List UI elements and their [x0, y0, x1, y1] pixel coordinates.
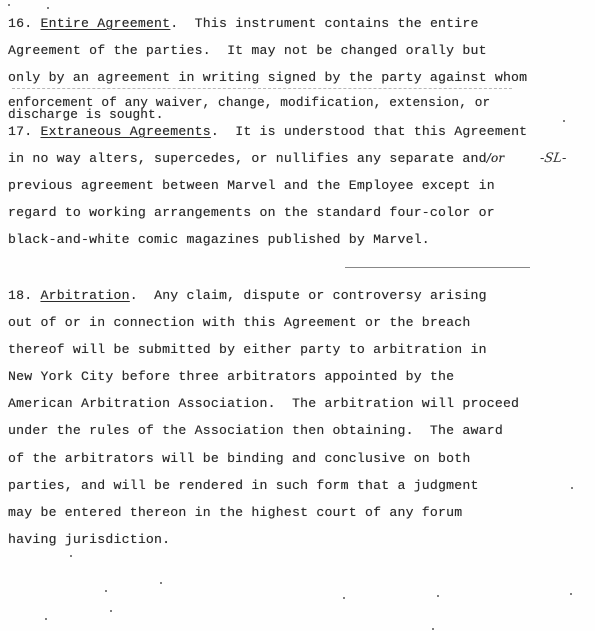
section-16-line-2: Agreement of the parties. It may not be …	[8, 43, 487, 58]
section-18-number: 18.	[8, 288, 32, 303]
scan-speck	[571, 487, 573, 489]
section-18-line-6: under the rules of the Association then …	[8, 423, 503, 438]
section-16-line-3: only by an agreement in writing signed b…	[8, 70, 527, 85]
section-18-line-9: may be entered thereon in the highest co…	[8, 505, 462, 520]
section-18-line-7: of the arbitrators will be binding and c…	[8, 451, 471, 466]
scan-speck	[105, 590, 107, 592]
section-18-line-3: thereof will be submitted by either part…	[8, 342, 487, 357]
scan-speck	[570, 593, 572, 595]
section-18-heading: Arbitration	[40, 288, 129, 303]
section-18-text-1: Any claim, dispute or controversy arisin…	[154, 288, 487, 303]
handwritten-rule	[345, 267, 530, 268]
scan-speck	[432, 628, 434, 630]
section-17-line-3: previous agreement between Marvel and th…	[8, 178, 495, 193]
section-16-heading: Entire Agreement	[40, 16, 170, 31]
heading-separator: .	[211, 124, 235, 139]
scan-speck	[110, 610, 112, 612]
section-18-line-5: American Arbitration Association. The ar…	[8, 396, 519, 411]
section-17-line-2: in no way alters, supercedes, or nullifi…	[8, 151, 504, 166]
scan-speck	[8, 4, 10, 6]
section-18-line-10: having jurisdiction.	[8, 532, 170, 547]
scan-speck	[70, 555, 72, 557]
section-16-line-1: 16. Entire Agreement. This instrument co…	[8, 16, 479, 31]
heading-separator: .	[170, 16, 194, 31]
margin-initials: -SL-	[539, 151, 567, 166]
section-18-line-4: New York City before three arbitrators a…	[8, 369, 454, 384]
scan-speck	[563, 120, 565, 122]
section-16-number: 16.	[8, 16, 32, 31]
section-17-text-2: in no way alters, supercedes, or nullifi…	[8, 151, 487, 166]
scan-speck	[437, 595, 439, 597]
section-17-number: 17.	[8, 124, 32, 139]
section-17-line-4: regard to working arrangements on the st…	[8, 205, 495, 220]
section-17-line-5: black-and-white comic magazines publishe…	[8, 232, 430, 247]
section-17-heading: Extraneous Agreements	[40, 124, 210, 139]
scan-artifact-dashes	[12, 88, 512, 89]
section-18-line-1: 18. Arbitration. Any claim, dispute or c…	[8, 288, 487, 303]
section-16-text-1: This instrument contains the entire	[195, 16, 479, 31]
scan-speck	[160, 582, 162, 584]
section-17-text-1: It is understood that this Agreement	[235, 124, 527, 139]
section-18-line-2: out of or in connection with this Agreem…	[8, 315, 471, 330]
document-page: 16. Entire Agreement. This instrument co…	[0, 0, 595, 631]
scan-speck	[45, 618, 47, 620]
scan-speck	[343, 597, 345, 599]
section-18-line-8: parties, and will be rendered in such fo…	[8, 478, 479, 493]
heading-separator: .	[130, 288, 154, 303]
scan-speck	[47, 7, 49, 9]
section-17-line-1: 17. Extraneous Agreements. It is underst…	[8, 124, 527, 139]
handwritten-edit: /or	[487, 151, 505, 165]
section-16-line-5: discharge is sought.	[8, 107, 164, 122]
